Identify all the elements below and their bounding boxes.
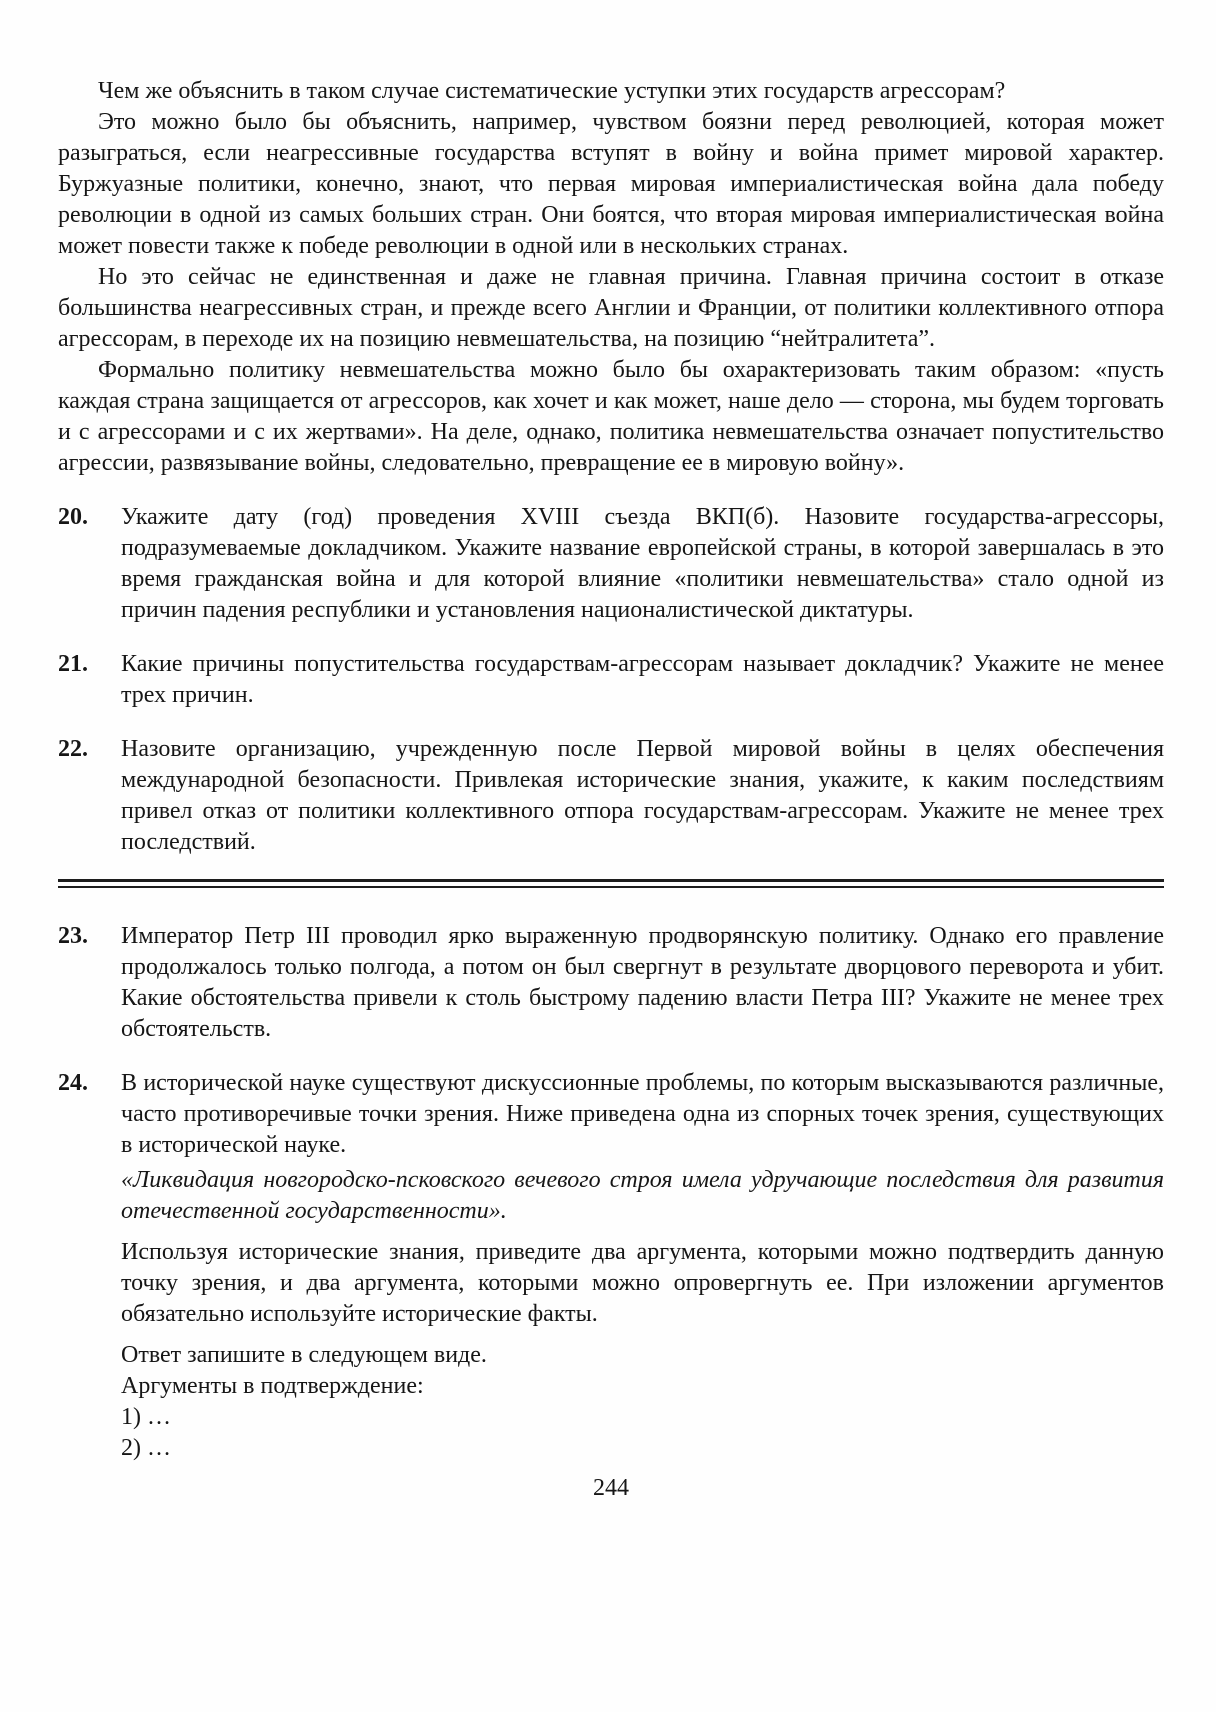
question-text: В исторической науке существуют дискусси… <box>121 1068 1164 1161</box>
question-task-text: Используя исторические знания, приведите… <box>121 1237 1164 1330</box>
book-page: Чем же объяснить в таком случае системат… <box>0 0 1216 1712</box>
question-20: 20. Укажите дату (год) проведения XVIII … <box>58 502 1164 626</box>
question-number: 23. <box>58 921 121 1045</box>
question-23: 23. Император Петр III проводил ярко выр… <box>58 921 1164 1045</box>
question-body: В исторической науке существуют дискусси… <box>121 1068 1164 1464</box>
question-body: Укажите дату (год) проведения XVIII съез… <box>121 502 1164 626</box>
question-21: 21. Какие причины попустительства госуда… <box>58 649 1164 711</box>
answer-list-item: 2) … <box>121 1433 1164 1464</box>
excerpt-paragraph: Чем же объяснить в таком случае системат… <box>58 76 1164 107</box>
excerpt-paragraph: Формально политику невмешательства можно… <box>58 355 1164 479</box>
page-number: 244 <box>58 1473 1164 1504</box>
question-body: Назовите организацию, учрежденную после … <box>121 734 1164 858</box>
question-text: Какие причины попустительства государств… <box>121 649 1164 711</box>
question-text: Укажите дату (год) проведения XVIII съез… <box>121 502 1164 626</box>
arguments-heading: Аргументы в подтверждение: <box>121 1371 1164 1402</box>
question-24: 24. В исторической науке существуют диск… <box>58 1068 1164 1464</box>
excerpt-paragraph: Но это сейчас не единственная и даже не … <box>58 262 1164 355</box>
answer-list-item: 1) … <box>121 1402 1164 1433</box>
question-body: Император Петр III проводил ярко выражен… <box>121 921 1164 1045</box>
question-22: 22. Назовите организацию, учрежденную по… <box>58 734 1164 858</box>
question-text: Назовите организацию, учрежденную после … <box>121 734 1164 858</box>
report-excerpt: Чем же объяснить в таком случае системат… <box>58 76 1164 479</box>
question-number: 22. <box>58 734 121 858</box>
question-number: 21. <box>58 649 121 711</box>
section-divider <box>58 879 1164 888</box>
question-body: Какие причины попустительства государств… <box>121 649 1164 711</box>
excerpt-paragraph: Это можно было бы объяснить, например, ч… <box>58 107 1164 262</box>
historians-viewpoint-quote: «Ликвидация новгородско-псковского вечев… <box>121 1165 1164 1227</box>
question-text: Император Петр III проводил ярко выражен… <box>121 921 1164 1045</box>
answer-format-note: Ответ запишите в следующем виде. <box>121 1340 1164 1371</box>
question-number: 24. <box>58 1068 121 1464</box>
question-number: 20. <box>58 502 121 626</box>
